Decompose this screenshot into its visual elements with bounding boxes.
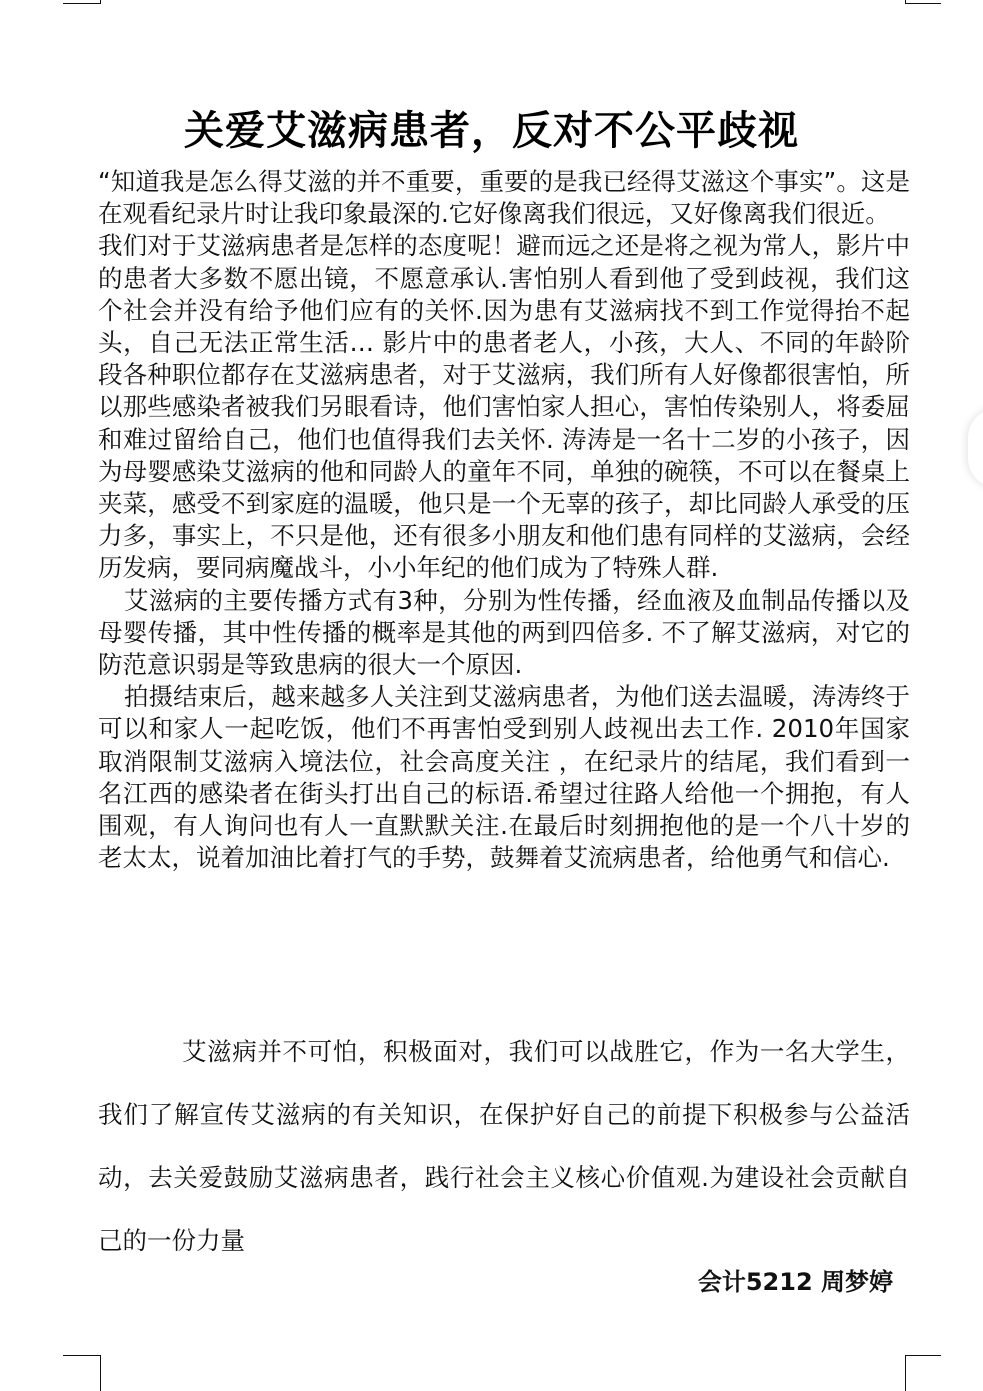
crop-mark-top-left: [63, 0, 101, 4]
paragraph-transmission: 艾滋病的主要传播方式有3种，分别为性传播，经血液及血制品传播以及母婴传播，其中性…: [98, 585, 910, 682]
document-body: “知道我是怎么得艾滋的并不重要，重要的是我已经得艾滋这个事实”。这是在观看纪录片…: [98, 166, 910, 874]
side-scroll-handle[interactable]: [968, 408, 983, 488]
document-title: 关爱艾滋病患者，反对不公平歧视: [0, 103, 983, 159]
paragraph-closing: 艾滋病并不可怕，积极面对，我们可以战胜它，作为一名大学生，我们了解宣传艾滋病的有…: [98, 1020, 910, 1272]
crop-mark-bottom-right: [905, 1355, 941, 1391]
crop-mark-bottom-left: [63, 1355, 101, 1391]
author-signature: 会计5212 周梦婷: [698, 1262, 893, 1302]
paragraph-quote: “知道我是怎么得艾滋的并不重要，重要的是我已经得艾滋这个事实”。这是在观看纪录片…: [98, 166, 910, 230]
paragraph-after-filming: 拍摄结束后，越来越多人关注到艾滋病患者，为他们送去温暖，涛涛终于可以和家人一起吃…: [98, 681, 910, 874]
closing-section: 艾滋病并不可怕，积极面对，我们可以战胜它，作为一名大学生，我们了解宣传艾滋病的有…: [98, 1020, 910, 1272]
paragraph-attitude: 我们对于艾滋病患者是怎样的态度呢！避而远之还是将之视为常人，影片中的患者大多数不…: [98, 230, 910, 584]
crop-mark-top-right: [905, 0, 941, 4]
